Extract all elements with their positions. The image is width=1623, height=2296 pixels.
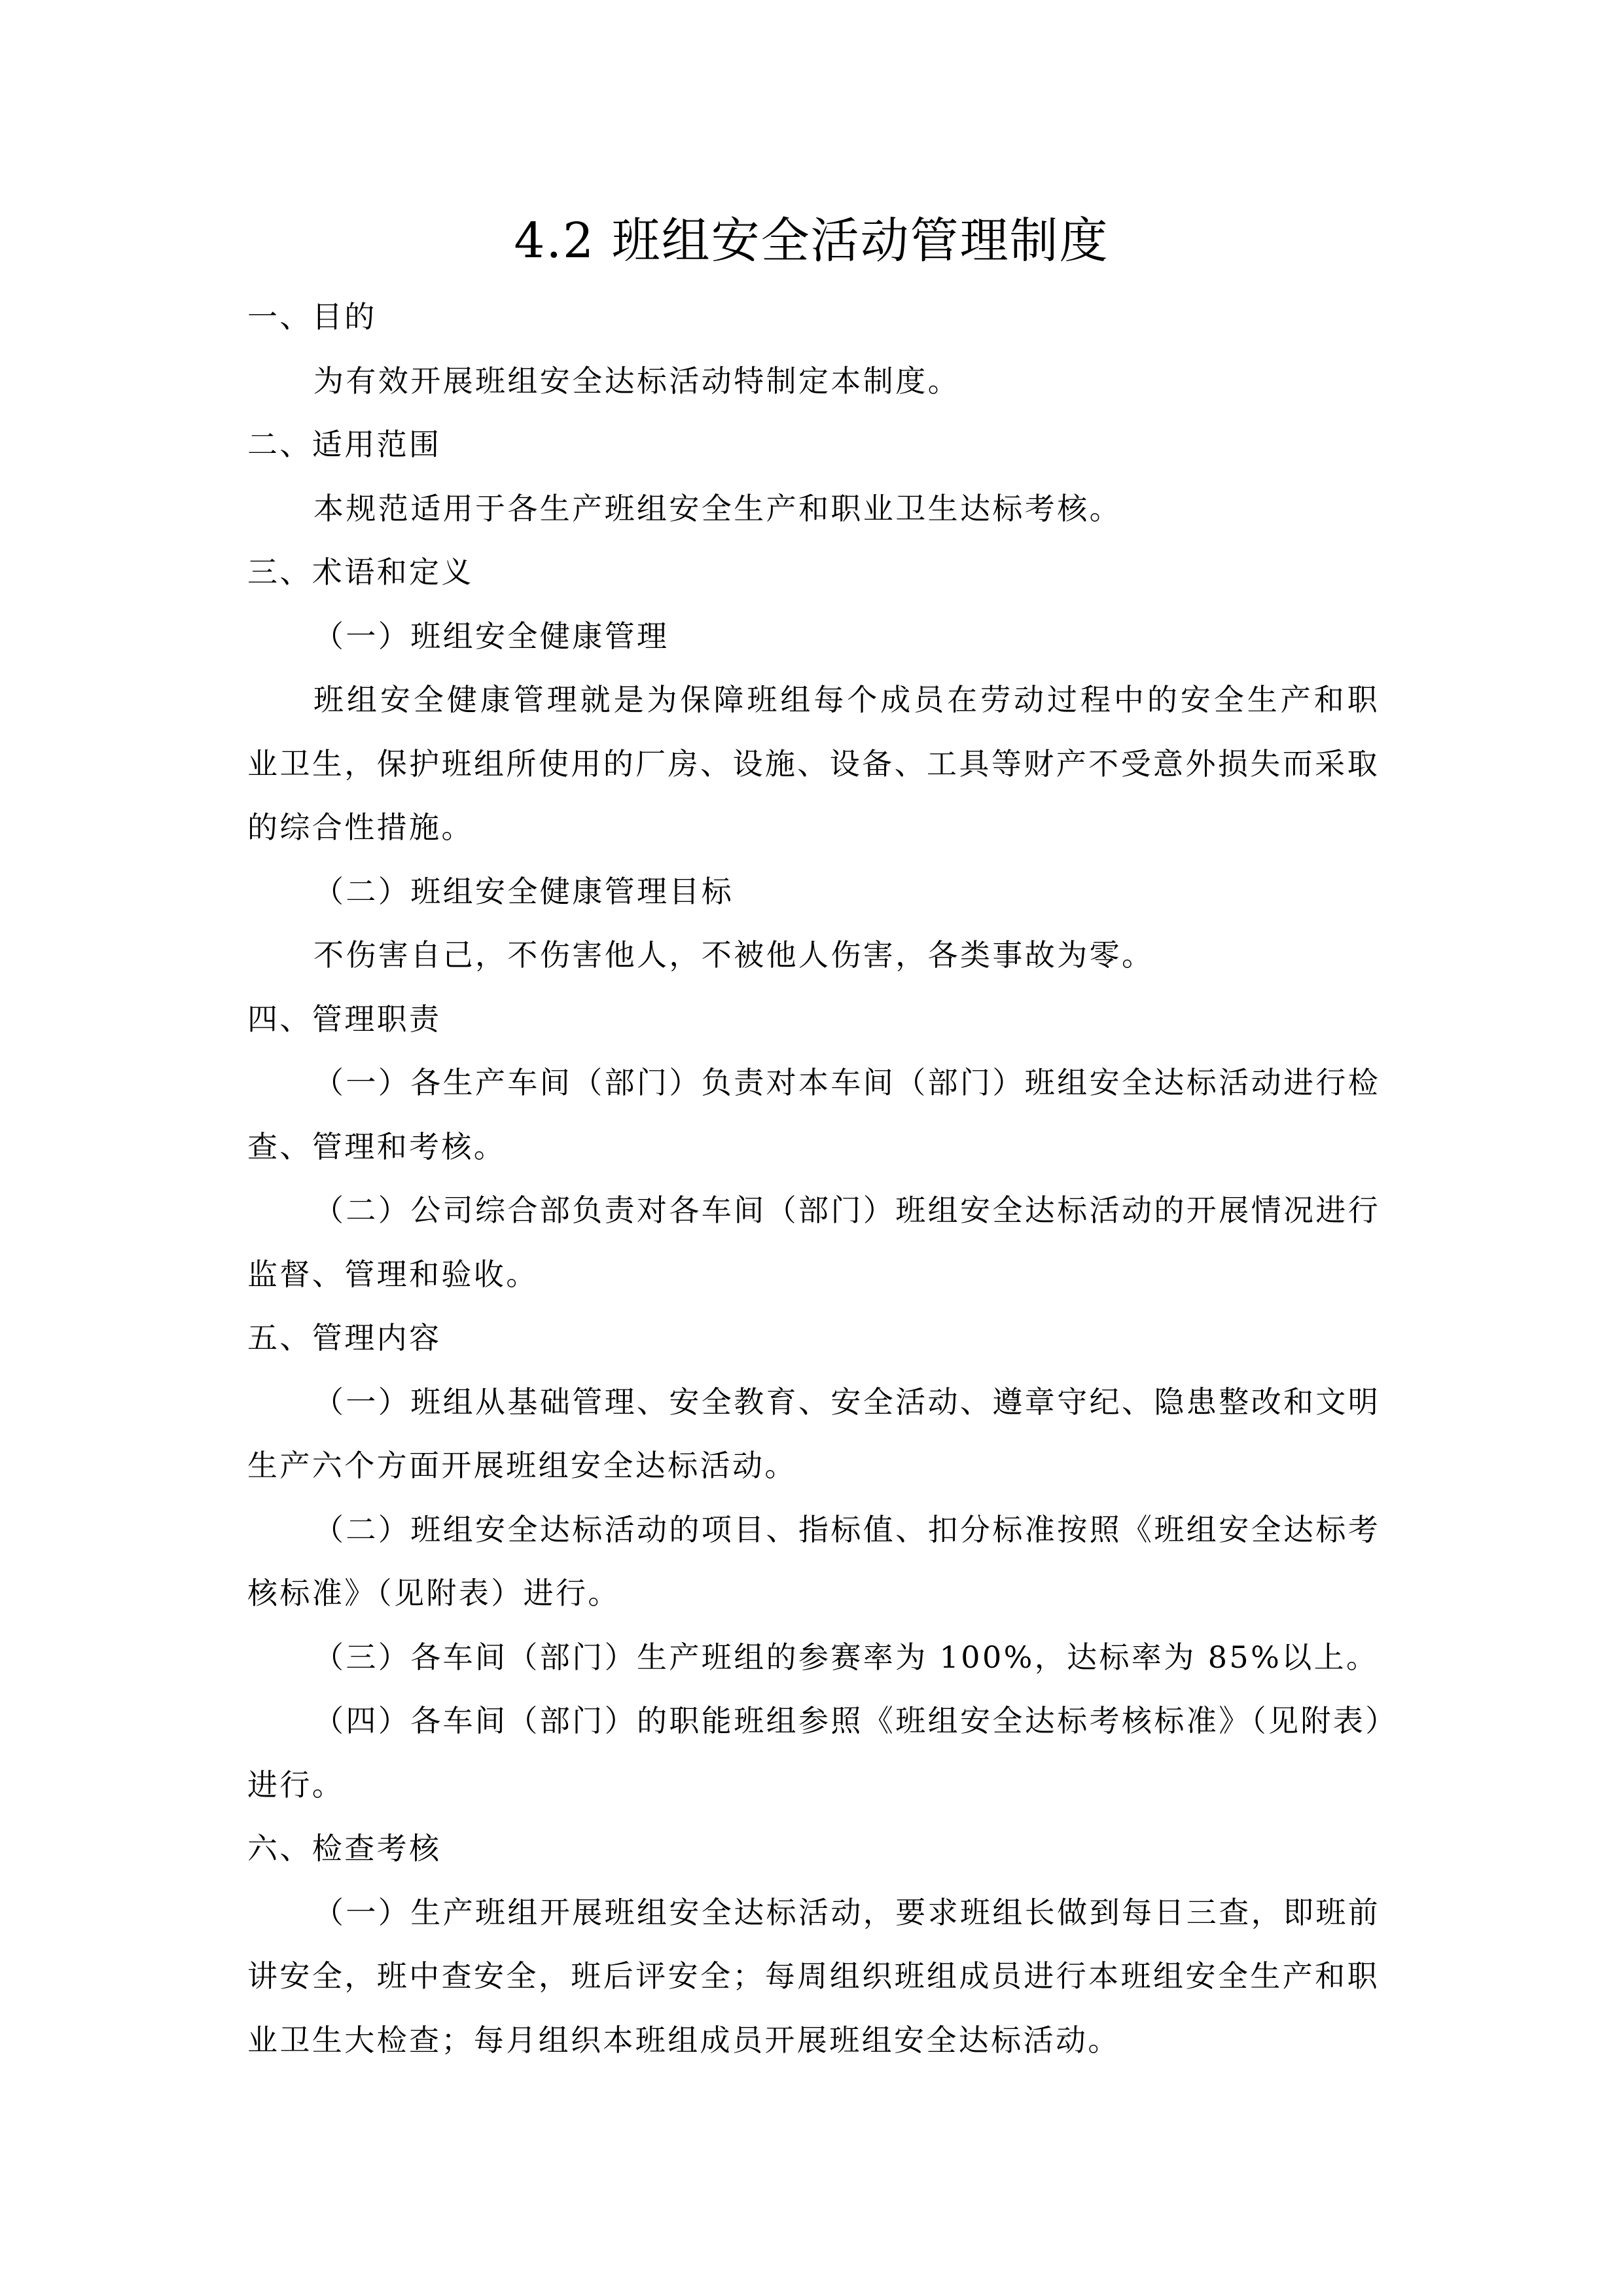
section-heading-content: 五、管理内容 <box>247 1306 1380 1371</box>
list-item-line: 进行。 <box>247 1753 1380 1818</box>
paragraph-purpose: 为有效开展班组安全达标活动特制定本制度。 <box>247 350 1380 414</box>
list-item-line: 业卫生大检查；每月组织本班组成员开展班组安全达标活动。 <box>247 2009 1380 2073</box>
list-item-line: （一）班组从基础管理、安全教育、安全活动、遵章守纪、隐患整改和文明 <box>247 1371 1380 1435</box>
list-item-line: （四）各车间（部门）的职能班组参照《班组安全达标考核标准》（见附表） <box>247 1689 1380 1753</box>
paragraph-line: 业卫生，保护班组所使用的厂房、设施、设备、工具等财产不受意外损失而采取 <box>247 732 1380 797</box>
paragraph-line: 的综合性措施。 <box>247 796 1380 860</box>
subheading-management-goal: （二）班组安全健康管理目标 <box>247 860 1380 924</box>
subheading-team-safety-health-management: （一）班组安全健康管理 <box>247 605 1380 669</box>
list-item-line: 核标准》（见附表）进行。 <box>247 1562 1380 1626</box>
section-heading-responsibilities: 四、管理职责 <box>247 988 1380 1052</box>
list-item-line: （一）生产班组开展班组安全达标活动，要求班组长做到每日三查，即班前 <box>247 1881 1380 1945</box>
section-heading-terms: 三、术语和定义 <box>247 541 1380 605</box>
document-title: 4.2 班组安全活动管理制度 <box>0 208 1623 274</box>
list-item-line: （三）各车间（部门）生产班组的参赛率为 100%，达标率为 85%以上。 <box>247 1626 1380 1690</box>
paragraph-scope: 本规范适用于各生产班组安全生产和职业卫生达标考核。 <box>247 477 1380 541</box>
list-item-line: 生产六个方面开展班组安全达标活动。 <box>247 1434 1380 1498</box>
document-page: 4.2 班组安全活动管理制度 一、目的 为有效开展班组安全达标活动特制定本制度。… <box>0 0 1623 2296</box>
list-item-line: （一）各生产车间（部门）负责对本车间（部门）班组安全达标活动进行检 <box>247 1051 1380 1115</box>
paragraph-management-goal: 不伤害自己，不伤害他人，不被他人伤害，各类事故为零。 <box>247 924 1380 988</box>
list-item-line: （二）班组安全达标活动的项目、指标值、扣分标准按照《班组安全达标考 <box>247 1498 1380 1562</box>
section-heading-purpose: 一、目的 <box>247 285 1380 350</box>
list-item-line: （二）公司综合部负责对各车间（部门）班组安全达标活动的开展情况进行 <box>247 1179 1380 1243</box>
list-item-line: 讲安全，班中查安全，班后评安全；每周组织班组成员进行本班组安全生产和职 <box>247 1945 1380 2009</box>
list-item-line: 查、管理和考核。 <box>247 1115 1380 1179</box>
section-heading-inspection: 六、检查考核 <box>247 1817 1380 1881</box>
document-body: 一、目的 为有效开展班组安全达标活动特制定本制度。 二、适用范围 本规范适用于各… <box>247 285 1380 2072</box>
section-heading-scope: 二、适用范围 <box>247 413 1380 477</box>
paragraph-line: 班组安全健康管理就是为保障班组每个成员在劳动过程中的安全生产和职 <box>247 668 1380 732</box>
list-item-line: 监督、管理和验收。 <box>247 1243 1380 1307</box>
